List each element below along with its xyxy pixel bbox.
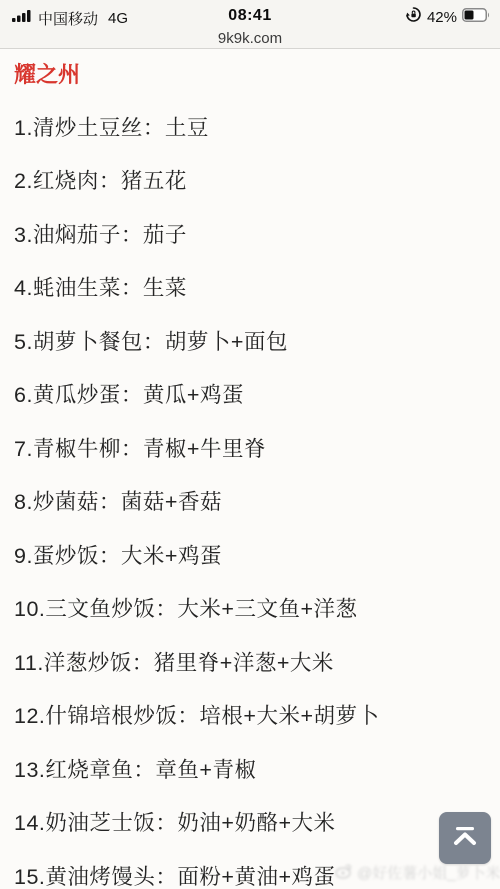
browser-header: 中国移动 4G 08:41 42% 9k [0, 0, 500, 49]
battery-percent-label: 42% [427, 9, 457, 26]
battery-icon [462, 8, 490, 27]
status-right-cluster: 42% [405, 6, 490, 28]
recipe-list-item: 10.三文鱼炒饭：大米+三文鱼+洋葱 [14, 595, 486, 623]
recipe-list-item: 15.黄油烤馒头：面粉+黄油+鸡蛋 [14, 863, 486, 889]
recipe-list-item: 5.胡萝卜餐包：胡萝卜+面包 [14, 328, 486, 356]
recipe-list-item: 7.青椒牛柳：青椒+牛里脊 [14, 435, 486, 463]
recipe-list-item: 11.洋葱炒饭：猪里脊+洋葱+大米 [14, 649, 486, 677]
recipe-list-item: 13.红烧章鱼：章鱼+青椒 [14, 756, 486, 784]
recipe-list: 1.清炒土豆丝：土豆 2.红烧肉：猪五花 3.油焖茄子：茄子 4.蚝油生菜：生菜… [14, 114, 486, 889]
recipe-list-item: 4.蚝油生菜：生菜 [14, 274, 486, 302]
recipe-list-item: 9.蛋炒饭：大米+鸡蛋 [14, 542, 486, 570]
recipe-list-item: 12.什锦培根炒饭：培根+大米+胡萝卜 [14, 702, 486, 730]
page-title: 耀之州 [14, 62, 486, 88]
network-type-label: 4G [108, 10, 128, 27]
chevron-up-to-top-icon [452, 825, 478, 852]
clock-label: 08:41 [228, 7, 271, 25]
status-bar: 中国移动 4G 08:41 42% [0, 0, 500, 30]
recipe-list-item: 14.奶油芝士饭：奶油+奶酪+大米 [14, 809, 486, 837]
carrier-label: 中国移动 [38, 8, 98, 29]
signal-bars-icon [12, 9, 32, 27]
recipe-list-item: 6.黄瓜炒蛋：黄瓜+鸡蛋 [14, 381, 486, 409]
recipe-list-item: 8.炒菌菇：菌菇+香菇 [14, 488, 486, 516]
url-bar[interactable]: 9k9k.com [0, 30, 500, 48]
orientation-lock-icon [405, 6, 422, 28]
status-left-cluster: 中国移动 4G [12, 8, 128, 29]
recipe-list-item: 1.清炒土豆丝：土豆 [14, 114, 486, 142]
page-content: 耀之州 1.清炒土豆丝：土豆 2.红烧肉：猪五花 3.油焖茄子：茄子 4.蚝油生… [0, 49, 500, 889]
recipe-list-item: 2.红烧肉：猪五花 [14, 167, 486, 195]
back-to-top-button[interactable] [439, 812, 491, 864]
recipe-list-item: 3.油焖茄子：茄子 [14, 221, 486, 249]
